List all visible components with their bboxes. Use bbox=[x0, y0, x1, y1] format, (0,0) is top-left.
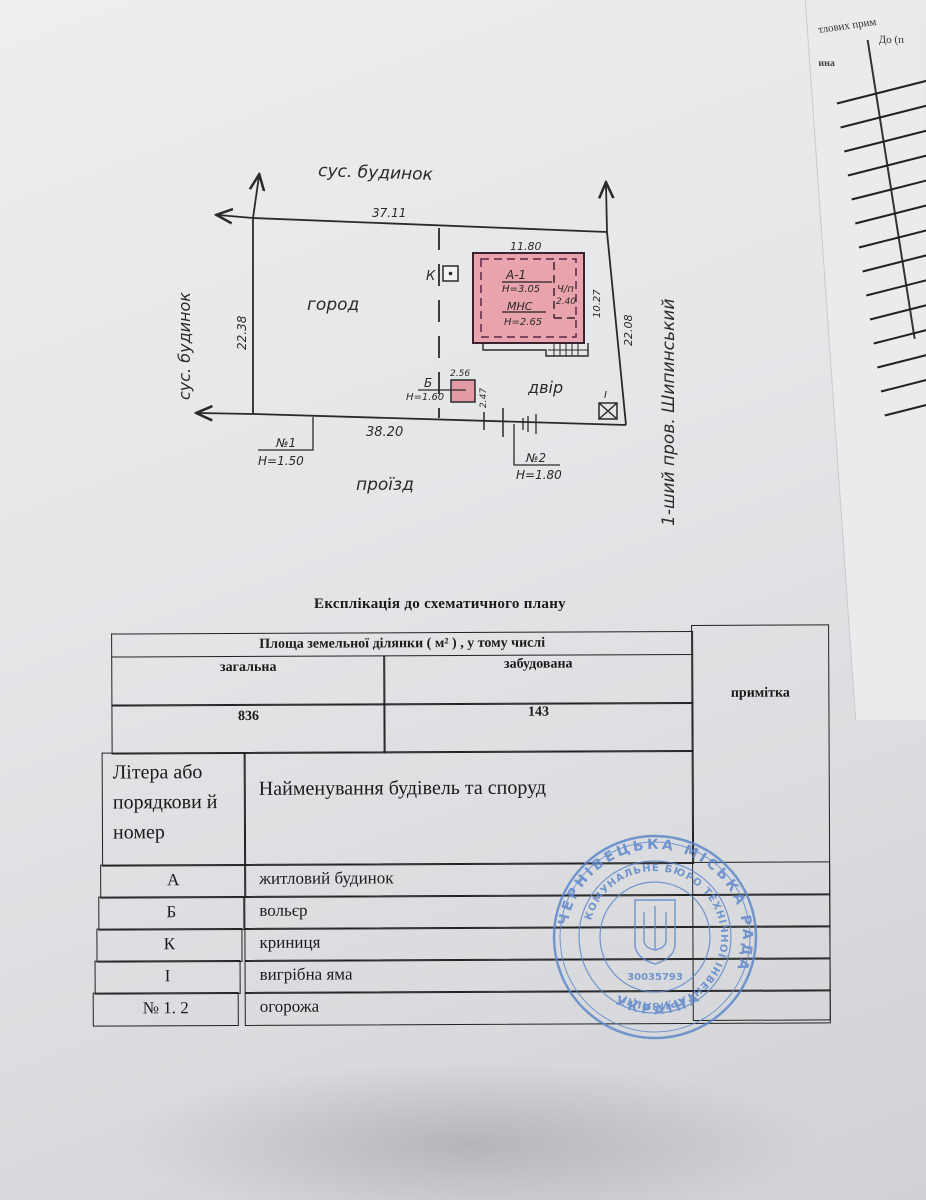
fence-2-label: №2 bbox=[525, 451, 546, 465]
row-letter: Б bbox=[99, 897, 243, 928]
trident-emblem bbox=[635, 900, 675, 964]
east-dimension: 22.08 bbox=[622, 315, 635, 347]
row-letter-cell: К bbox=[96, 928, 242, 963]
total-label: загальна bbox=[112, 656, 384, 676]
row-letter-cell: Б bbox=[98, 896, 244, 931]
area-unit: ( м² ) , у тому числі bbox=[427, 636, 546, 652]
svg-text:КОМУНАЛЬНЕ БЮРО ТЕХНІЧНОЇ ІНВЕ: КОМУНАЛЬНЕ БЮРО ТЕХНІЧНОЇ ІНВЕНТАРИЗАЦІЇ bbox=[583, 863, 729, 1011]
outbuilding-label: Б bbox=[424, 376, 432, 390]
house-material: МНС bbox=[507, 300, 533, 313]
outbuilding-height: Н=1.60 bbox=[406, 392, 444, 403]
east-street-label: 1-ший пров. Шипинський bbox=[659, 299, 679, 526]
stamp-inner-text: КОМУНАЛЬНЕ БЮРО ТЕХНІЧНОЇ ІНВЕНТАРИЗАЦІЇ bbox=[583, 863, 729, 1011]
house-depth: 10.27 bbox=[592, 289, 603, 318]
west-neighbor-label: сус. будинок bbox=[175, 292, 194, 400]
row-letter-cell: № 1. 2 bbox=[93, 992, 239, 1027]
row-letter: І bbox=[96, 961, 240, 992]
name-header: Найменування будівель та споруд bbox=[245, 751, 693, 804]
row-letter-cell: А bbox=[100, 864, 246, 899]
north-neighbor-label: сус. будинок bbox=[318, 161, 434, 185]
fence-1-label: №1 bbox=[275, 436, 296, 450]
built-label-cell: забудована bbox=[383, 654, 693, 705]
row-letter-cell: І bbox=[95, 960, 241, 995]
fence-1-height: Н=1.50 bbox=[258, 454, 304, 468]
letter-header: Літера або порядкови й номер bbox=[103, 753, 233, 848]
extension-label: Ч/п bbox=[557, 284, 574, 295]
porch-dimension: 2.40 bbox=[556, 297, 576, 307]
built-value: 143 bbox=[384, 703, 692, 721]
site-plan: сус. будинок 37.11 сус. будинок 22.38 го… bbox=[0, 0, 926, 560]
south-street-label: проїзд bbox=[356, 475, 414, 495]
house-width: 11.80 bbox=[510, 240, 542, 253]
outbuilding-b bbox=[451, 380, 475, 402]
official-stamp: ЧЕРНІВЕЦЬКА МІСЬКА РАДА КОМУНАЛЬНЕ БЮРО … bbox=[550, 832, 760, 1042]
built-value-cell: 143 bbox=[383, 702, 693, 753]
photo-shadow bbox=[120, 1060, 820, 1200]
row-letter: А bbox=[101, 865, 245, 896]
built-label: забудована bbox=[384, 655, 692, 673]
outbuilding-width: 2.56 bbox=[450, 369, 470, 379]
house-height: Н=3.05 bbox=[502, 284, 540, 295]
well-letter: К bbox=[426, 269, 436, 284]
total-value-cell: 836 bbox=[111, 703, 385, 754]
letter-header-cell: Літера або порядкови й номер bbox=[102, 752, 246, 867]
south-dimension: 38.20 bbox=[366, 425, 403, 440]
total-label-cell: загальна bbox=[111, 655, 385, 706]
stamp-code: 30035793 bbox=[627, 972, 683, 983]
fence-2-height: Н=1.80 bbox=[516, 468, 562, 482]
north-dimension: 37.11 bbox=[372, 206, 406, 220]
explication-title: Експлікація до схематичного плану bbox=[0, 596, 880, 613]
garden-label: город bbox=[307, 295, 359, 315]
yard-label: двір bbox=[527, 378, 563, 397]
west-dimension: 22.38 bbox=[235, 315, 249, 350]
area-header: Площа земельної ділянки bbox=[259, 636, 423, 652]
house-label: А-1 bbox=[505, 268, 526, 282]
note-label: примітка bbox=[692, 685, 828, 702]
total-value: 836 bbox=[112, 704, 384, 725]
outbuilding-depth: 2.47 bbox=[479, 388, 489, 408]
north-boundary bbox=[253, 218, 607, 232]
house-material-height: Н=2.65 bbox=[504, 317, 542, 328]
row-letter: К bbox=[97, 929, 241, 960]
cesspit-letter: І bbox=[604, 390, 607, 401]
cesspit-i bbox=[599, 403, 617, 419]
row-letter: № 1. 2 bbox=[94, 993, 238, 1024]
